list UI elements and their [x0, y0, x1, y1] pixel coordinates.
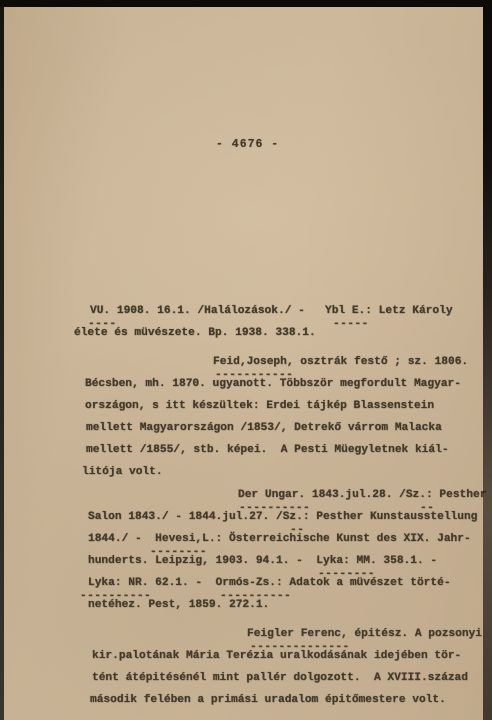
typewriter-underline: ----- [333, 317, 369, 331]
text-line: hunderts. Leipzig, 1903. 94.1. - Lyka: M… [88, 554, 437, 568]
scanned-page: - 4676 - VU. 1908. 16.1. /Halálozások./ … [0, 0, 492, 720]
text-line: mellett Magyarországon /1853/, Detrekő v… [86, 421, 442, 435]
typewriter-underline: -------------- [250, 640, 350, 654]
typewriter-underline: -------- [150, 545, 207, 559]
scan-edge-right [483, 0, 492, 720]
scan-edge-left [0, 0, 4, 720]
typewriter-underline: ---------- [220, 589, 291, 603]
text-line: második felében a primási uradalom épitő… [90, 693, 446, 707]
text-line: Lyka: NR. 62.1. - Ormós-Zs.: Adatok a mü… [88, 576, 451, 590]
typewriter-underline: ----------- [215, 368, 293, 382]
typewriter-underline: ---------- [80, 589, 151, 603]
typewriter-underline: -------- [318, 567, 375, 581]
typewriter-underline: ---------- [239, 501, 310, 515]
page-number: - 4676 - [216, 138, 279, 152]
text-line: mellett /1855/, stb. képei. A Pesti Müeg… [86, 443, 449, 457]
typewriter-underline: -- [420, 501, 434, 515]
text-line: tént átépitésénél mint pallér dolgozott.… [92, 671, 468, 685]
text-line: litója volt. [82, 465, 163, 479]
scan-edge-top [0, 0, 492, 7]
text-line: Der Ungar. 1843.jul.28. /Sz.: Pesther [238, 488, 486, 502]
typewriter-underline: -- [290, 523, 304, 537]
text-line: VU. 1908. 16.1. /Halálozások./ - Ybl E.:… [90, 304, 453, 318]
typewriter-underline: ---- [88, 317, 116, 331]
text-line: 1844./ - Hevesi,L.: Österreichische Kuns… [88, 532, 471, 546]
text-line: Feid,Joseph, osztrák festő ; sz. 1806. [213, 355, 468, 369]
text-line: országon, s itt készültek: Erdei tájkép … [85, 399, 434, 413]
text-line: Feigler Ferenc, épitész. A pozsonyi [247, 627, 482, 641]
